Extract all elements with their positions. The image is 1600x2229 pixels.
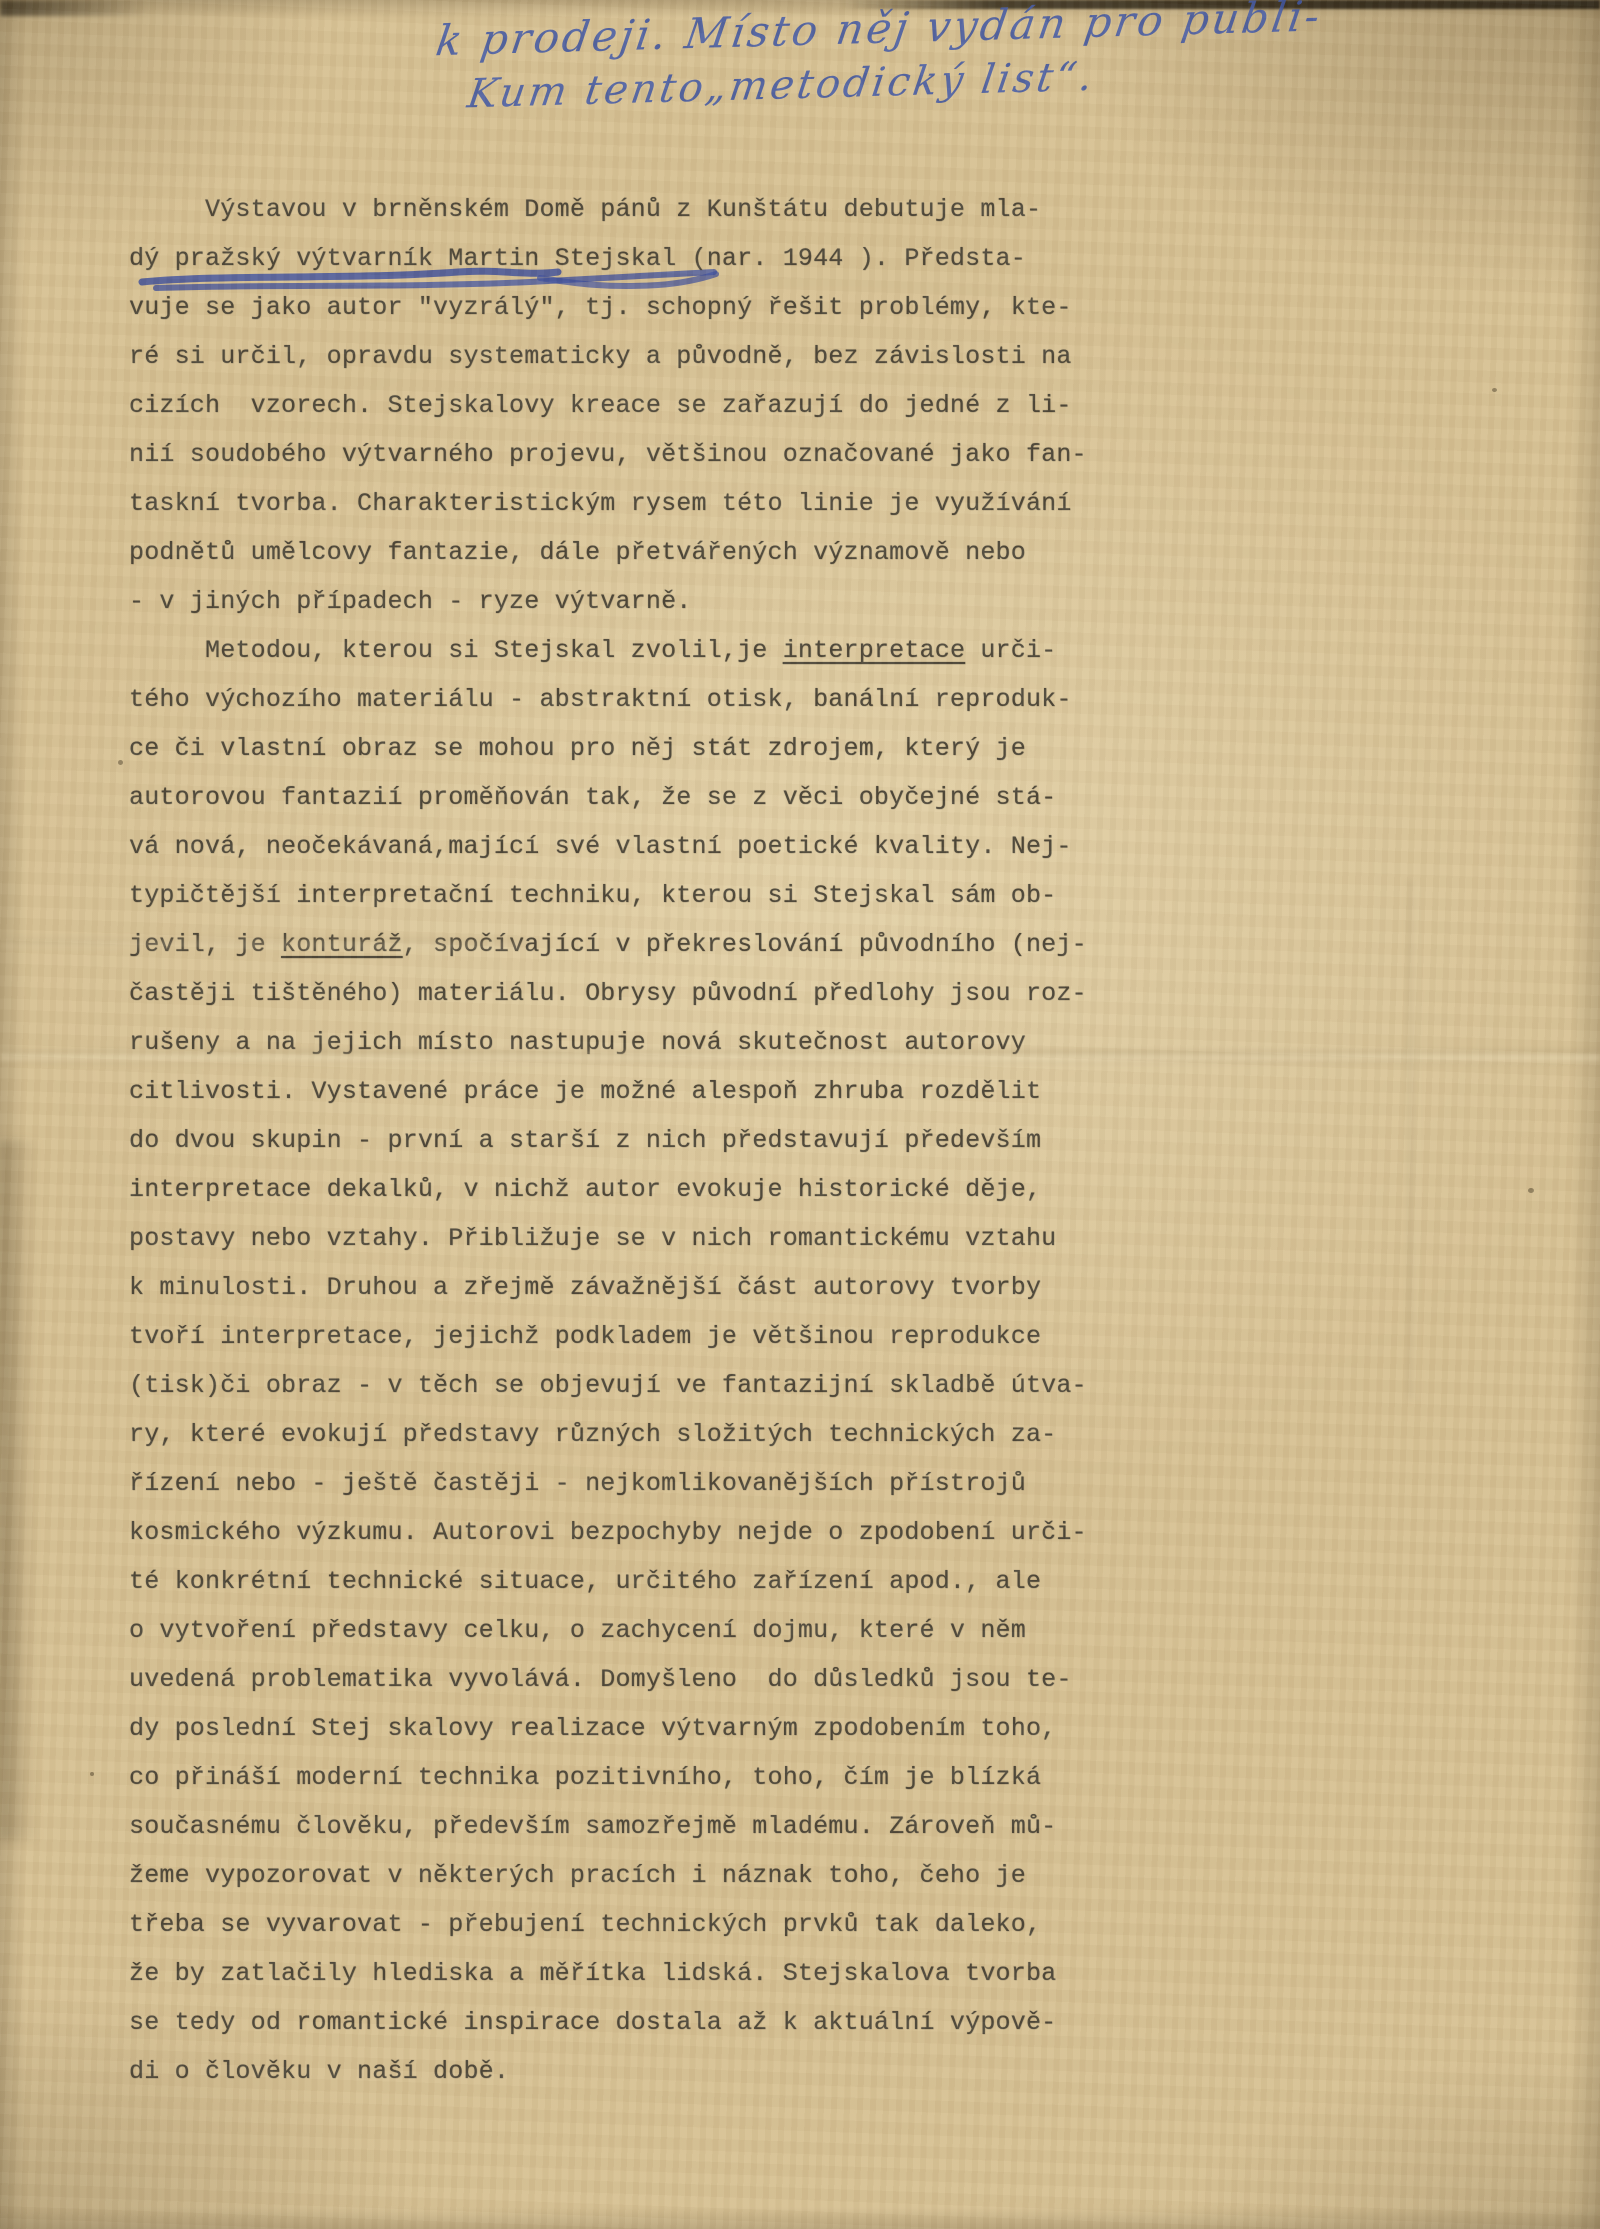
text-segment: že by zatlačily hlediska a měřítka lidsk… <box>129 1959 1056 1988</box>
typed-text-line: do dvou skupin - první a starší z nich p… <box>129 1116 1119 1165</box>
typed-text-line: žeme vypozorovat v některých pracích i n… <box>129 1851 1119 1900</box>
text-segment: současnému člověku, především samozřejmě… <box>129 1812 1056 1841</box>
text-segment: do dvou skupin - první a starší z nich p… <box>129 1126 1041 1155</box>
typed-text-line: ce či vlastní obraz se mohou pro něj stá… <box>129 724 1119 773</box>
typed-text-line: že by zatlačily hlediska a měřítka lidsk… <box>129 1949 1119 1998</box>
text-segment: (tisk)či obraz - v těch se objevují ve f… <box>129 1371 1087 1400</box>
text-segment: o vytvoření představy celku, o zachycení… <box>129 1616 1026 1645</box>
typed-text-line: autorovou fantazií proměňován tak, že se… <box>129 773 1119 822</box>
text-segment: urči- <box>965 636 1056 665</box>
text-segment: podnětů umělcovy fantazie, dále přetváře… <box>129 538 1026 567</box>
text-segment: třeba se vyvarovat - přebujení technický… <box>129 1910 1041 1939</box>
paper-crease <box>0 1050 1600 1064</box>
paper-crease <box>0 938 520 948</box>
typed-text-line: ré si určil, opravdu systematicky a půvo… <box>129 332 1119 381</box>
text-segment: dy poslední Stej skalovy realizace výtva… <box>129 1714 1056 1743</box>
text-segment: - v jiných případech - ryze výtvarně. <box>129 587 692 616</box>
typed-text-line: - v jiných případech - ryze výtvarně. <box>129 577 1119 626</box>
text-segment: vuje se jako autor "vyzrálý", tj. schopn… <box>129 293 1072 322</box>
text-segment: žeme vypozorovat v některých pracích i n… <box>129 1861 1026 1890</box>
annotation-line-2: Kum tento„metodický list“. <box>465 54 1099 118</box>
typed-text-line: di o člověku v naší době. <box>129 2047 1119 2096</box>
text-segment: uvedená problematika vyvolává. Domyšleno… <box>129 1665 1072 1694</box>
typed-text-line: současnému člověku, především samozřejmě… <box>129 1802 1119 1851</box>
typed-text-line: postavy nebo vztahy. Přibližuje se v nic… <box>129 1214 1119 1263</box>
typed-text-line: o vytvoření představy celku, o zachycení… <box>129 1606 1119 1655</box>
typed-text-line: kosmického výzkumu. Autorovi bezpochyby … <box>129 1508 1119 1557</box>
typed-text-line: podnětů umělcovy fantazie, dále přetváře… <box>129 528 1119 577</box>
typed-text-line: se tedy od romantické inspirace dostala … <box>129 1998 1119 2047</box>
typed-text-line: k minulosti. Druhou a zřejmě závažnější … <box>129 1263 1119 1312</box>
typed-text-line: vuje se jako autor "vyzrálý", tj. schopn… <box>129 283 1119 332</box>
text-segment: citlivosti. Vystavené práce je možné ale… <box>129 1077 1041 1106</box>
typed-text-line: třeba se vyvarovat - přebujení technický… <box>129 1900 1119 1949</box>
text-segment: taskní tvorba. Charakteristickým rysem t… <box>129 489 1072 518</box>
typed-text-line: dy poslední Stej skalovy realizace výtva… <box>129 1704 1119 1753</box>
typed-text-body: Výstavou v brněnském Domě pánů z Kunštát… <box>129 185 1119 2096</box>
text-segment: typičtější interpretační techniku, ktero… <box>129 881 1056 910</box>
typed-text-line: (tisk)či obraz - v těch se objevují ve f… <box>129 1361 1119 1410</box>
typed-text-line: Výstavou v brněnském Domě pánů z Kunštát… <box>129 185 1119 234</box>
typed-text-line: dý pražský výtvarník Martin Stejskal (na… <box>129 234 1119 283</box>
text-segment: té konkrétní technické situace, určitého… <box>129 1567 1041 1596</box>
text-segment: Metodou, kterou si Stejskal zvolil,je <box>129 636 783 665</box>
typed-text-line: cizích vzorech. Stejskalovy kreace se za… <box>129 381 1119 430</box>
text-segment: častěji tištěného) materiálu. Obrysy pův… <box>129 979 1087 1008</box>
text-segment: Výstavou v brněnském Domě pánů z Kunštát… <box>129 195 1041 224</box>
text-segment: autorovou fantazií proměňován tak, že se… <box>129 783 1056 812</box>
text-segment: postavy nebo vztahy. Přibližuje se v nic… <box>129 1224 1056 1253</box>
text-segment: tého výchozího materiálu - abstraktní ot… <box>129 685 1072 714</box>
paper-edge-shadow <box>0 0 150 16</box>
typed-text-line: vá nová, neočekávaná,mající své vlastní … <box>129 822 1119 871</box>
text-segment: kosmického výzkumu. Autorovi bezpochyby … <box>129 1518 1087 1547</box>
paper-speck <box>1492 388 1497 392</box>
typed-text-line: Metodou, kterou si Stejskal zvolil,je in… <box>129 626 1119 675</box>
typed-text-line: co přináší moderní technika pozitivního,… <box>129 1753 1119 1802</box>
typed-text-line: typičtější interpretační techniku, ktero… <box>129 871 1119 920</box>
typed-text-line: řízení nebo - ještě častěji - nejkomliko… <box>129 1459 1119 1508</box>
text-segment: tvoří interpretace, jejichž podkladem je… <box>129 1322 1041 1351</box>
typed-text-line: citlivosti. Vystavené práce je možné ale… <box>129 1067 1119 1116</box>
paper-speck <box>1528 1188 1534 1193</box>
handwritten-annotation: k prodeji. Místo něj vydán pro publi- Ku… <box>0 0 1600 202</box>
paper-speck <box>118 760 123 765</box>
text-segment: vá nová, neočekávaná,mající své vlastní … <box>129 832 1072 861</box>
typed-text-line: tého výchozího materiálu - abstraktní ot… <box>129 675 1119 724</box>
typed-text-line: častěji tištěného) materiálu. Obrysy pův… <box>129 969 1119 1018</box>
text-segment: co přináší moderní technika pozitivního,… <box>129 1763 1041 1792</box>
text-segment: di o člověku v naší době. <box>129 2057 509 2086</box>
typed-text-line: tvoří interpretace, jejichž podkladem je… <box>129 1312 1119 1361</box>
text-segment: cizích vzorech. Stejskalovy kreace se za… <box>129 391 1072 420</box>
typed-text-line: té konkrétní technické situace, určitého… <box>129 1557 1119 1606</box>
paper-shading <box>0 1140 40 1840</box>
typed-text-line: taskní tvorba. Charakteristickým rysem t… <box>129 479 1119 528</box>
text-segment: ce či vlastní obraz se mohou pro něj stá… <box>129 734 1026 763</box>
text-segment: řízení nebo - ještě častěji - nejkomliko… <box>129 1469 1026 1498</box>
text-segment: nií soudobého výtvarného projevu, většin… <box>129 440 1087 469</box>
typed-text-line: ry, které evokují představy různých slož… <box>129 1410 1119 1459</box>
text-segment: ré si určil, opravdu systematicky a půvo… <box>129 342 1072 371</box>
text-segment: se tedy od romantické inspirace dostala … <box>129 2008 1056 2037</box>
paper-crease <box>1408 880 1418 1400</box>
text-segment: ry, které evokují představy různých slož… <box>129 1420 1056 1449</box>
document-page: k prodeji. Místo něj vydán pro publi- Ku… <box>0 0 1600 2229</box>
annotation-line-1: k prodeji. Místo něj vydán pro publi- <box>433 0 1326 65</box>
typed-text-line: nií soudobého výtvarného projevu, většin… <box>129 430 1119 479</box>
text-segment: interpretace dekalků, v nichž autor evok… <box>129 1175 1041 1204</box>
paper-speck <box>90 1772 94 1776</box>
typed-text-line: uvedená problematika vyvolává. Domyšleno… <box>129 1655 1119 1704</box>
typed-text-line: interpretace dekalků, v nichž autor evok… <box>129 1165 1119 1214</box>
underlined-word: interpretace <box>783 636 965 665</box>
text-segment: dý pražský výtvarník Martin Stejskal (na… <box>129 244 1026 273</box>
text-segment: k minulosti. Druhou a zřejmě závažnější … <box>129 1273 1041 1302</box>
